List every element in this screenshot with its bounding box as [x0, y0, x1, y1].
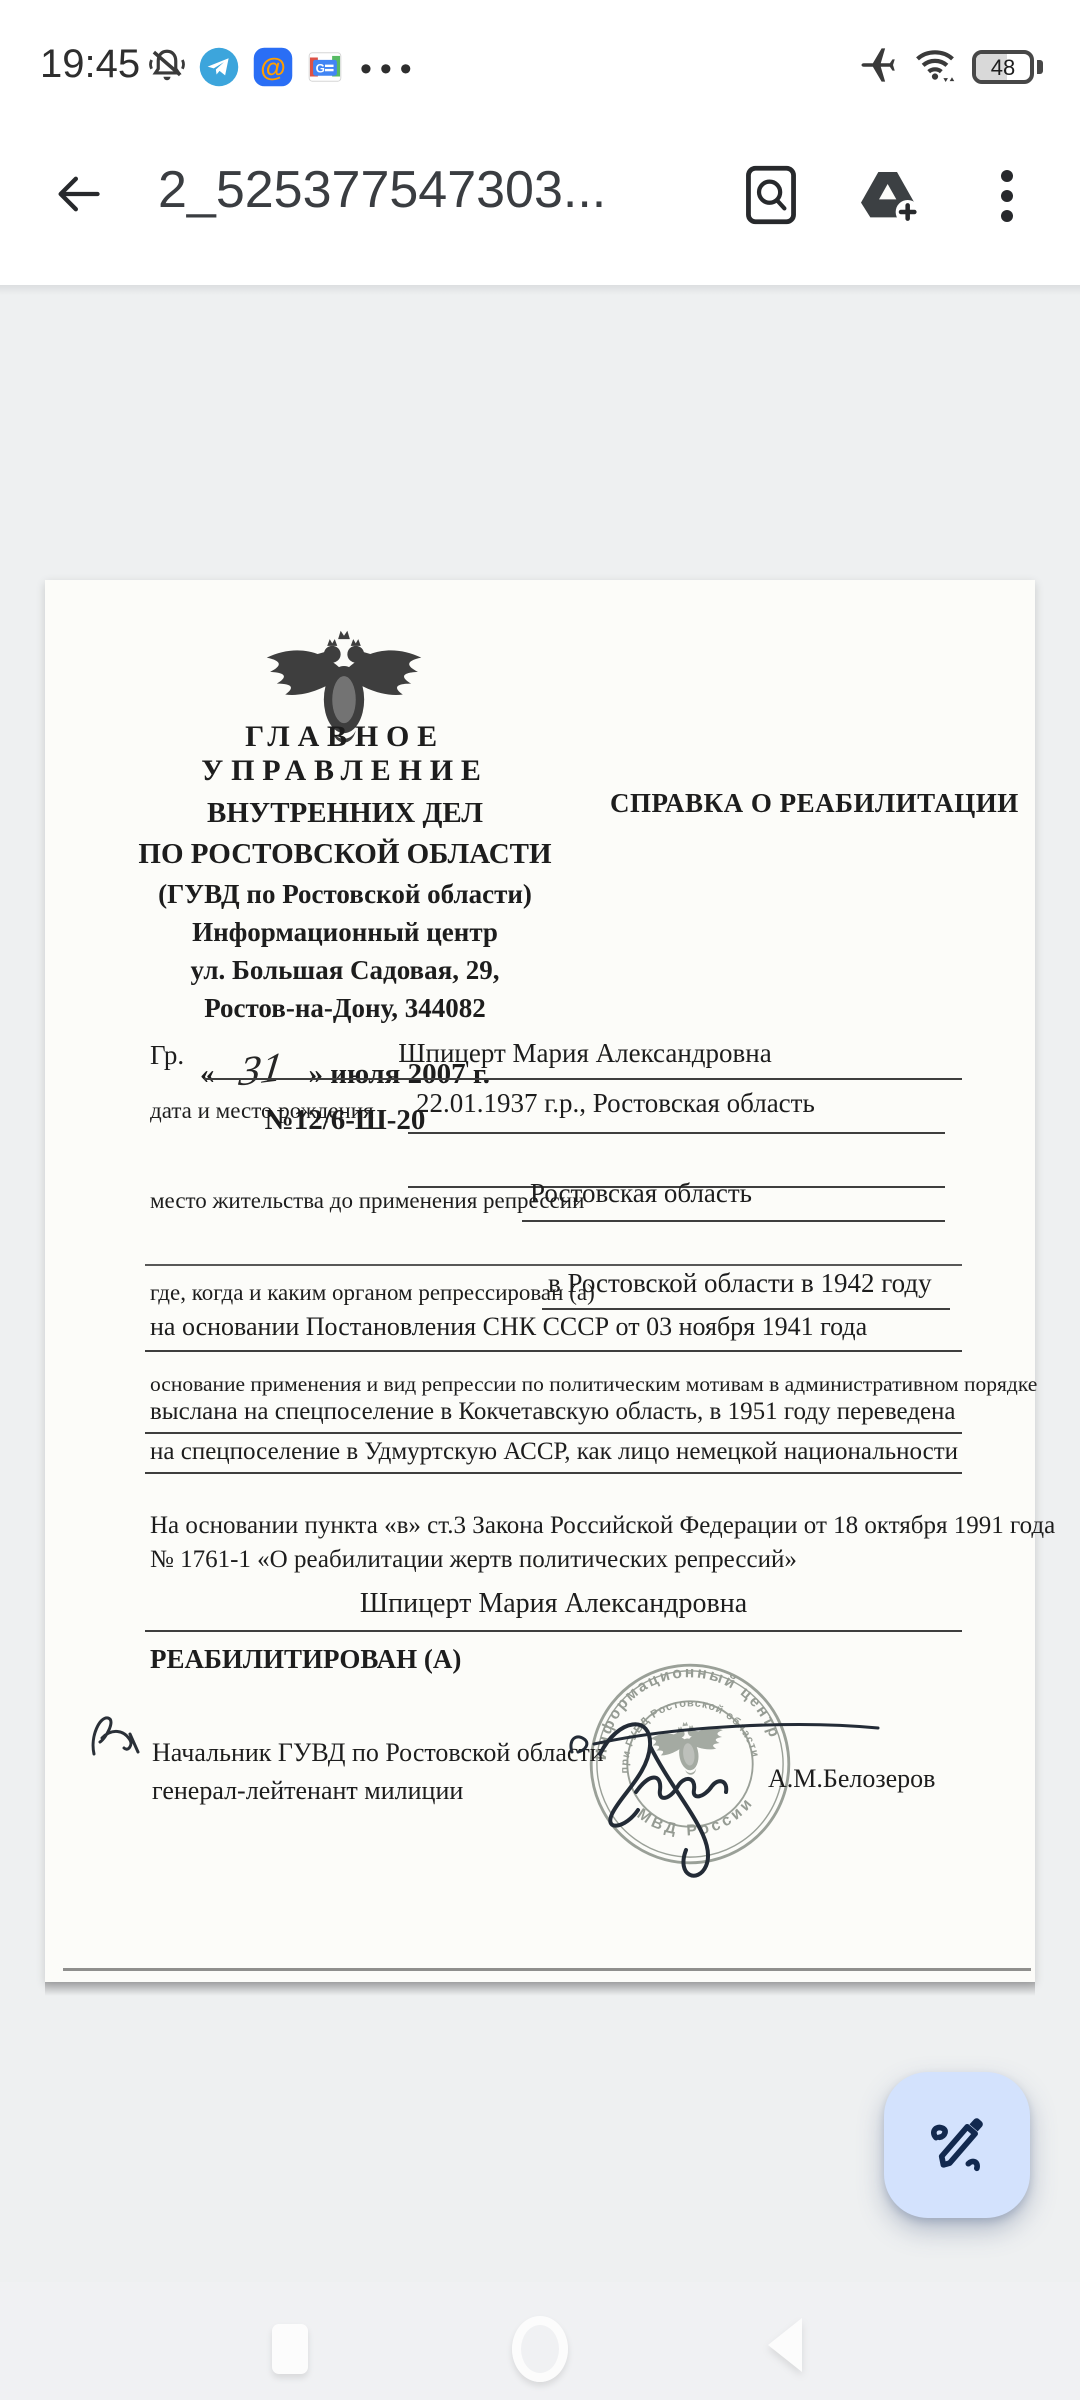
field-underline — [145, 1350, 962, 1352]
basis-label: основание применения и вид репрессии по … — [150, 1372, 1037, 1397]
letterhead-line: ВНУТРЕННИХ ДЕЛ — [112, 797, 578, 830]
letterhead-line: Информационный центр — [112, 917, 578, 948]
residence-value: Ростовская область — [530, 1178, 752, 1209]
status-time: 19:45 — [40, 42, 140, 87]
confirmed-name: Шпицерт Мария Александровна — [145, 1588, 962, 1620]
svg-text:@: @ — [260, 52, 286, 82]
handwritten-mark — [86, 1708, 156, 1770]
letterhead-line: Ростов-на-Дону, 344082 — [112, 993, 578, 1024]
letterhead-line: ПО РОСТОВСКОЙ ОБЛАСТИ — [112, 838, 578, 871]
repression-label: где, когда и каким органом репрессирован… — [150, 1280, 595, 1306]
wifi-icon — [914, 44, 956, 86]
gr-label: Гр. — [150, 1040, 184, 1071]
battery-percent: 48 — [976, 55, 1030, 81]
repression-value-2: на основании Постановления СНК СССР от 0… — [150, 1312, 867, 1342]
field-underline — [542, 1308, 950, 1310]
law-line-2: № 1761-1 «О реабилитации жертв политичес… — [150, 1546, 797, 1574]
official-post-2: генерал-лейтенант милиции — [152, 1776, 463, 1806]
field-underline — [145, 1472, 962, 1474]
basis-line-1: выслана на спецпоселение в Кокчетавскую … — [150, 1398, 956, 1426]
notifications-muted-icon — [146, 46, 188, 88]
page-bottom-shadow — [45, 1982, 1035, 1996]
back-arrow-icon[interactable] — [52, 168, 104, 220]
residence-label: место жительства до применения репрессии — [150, 1188, 584, 1214]
annotate-pen-icon — [923, 2111, 991, 2179]
field-underline — [408, 1132, 945, 1134]
letterhead-line: ул. Большая Садовая, 29, — [112, 955, 578, 986]
find-in-document-icon[interactable] — [742, 164, 800, 226]
gr-value: Шпицерт Мария Александровна — [210, 1038, 960, 1069]
field-underline — [145, 1432, 962, 1434]
svg-text:G: G — [316, 61, 325, 75]
appbar-shadow — [0, 285, 1080, 295]
more-notifications-icon: ••• — [360, 50, 420, 89]
annotate-fab-button[interactable] — [884, 2072, 1030, 2218]
recents-square-icon[interactable] — [272, 2324, 308, 2374]
back-triangle-icon[interactable] — [764, 2316, 806, 2374]
law-line-1: На основании пункта «в» ст.3 Закона Росс… — [150, 1512, 1055, 1540]
letterhead: ГЛАВНОЕ УПРАВЛЕНИЕ ВНУТРЕННИХ ДЕЛ ПО РОС… — [112, 720, 578, 1137]
home-circle-icon[interactable] — [512, 2316, 568, 2382]
official-post-1: Начальник ГУВД по Ростовской области — [152, 1738, 604, 1768]
basis-line-2: на спецпоселение в Удмуртскую АССР, как … — [150, 1438, 958, 1466]
telegram-icon — [198, 46, 240, 88]
certificate-title: СПРАВКА О РЕАБИЛИТАЦИИ — [610, 788, 1019, 819]
field-underline — [522, 1220, 945, 1222]
google-news-icon: G — [306, 48, 344, 86]
page-bottom-edge — [63, 1968, 1031, 1971]
signature-stroke — [566, 1686, 886, 1886]
overflow-menu-icon[interactable] — [994, 168, 1020, 224]
birth-label: дата и место рождения — [150, 1098, 374, 1124]
airplane-mode-icon — [858, 44, 900, 86]
birth-value: 22.01.1937 г.р., Ростовская область — [416, 1088, 815, 1119]
file-title: 2_525377547303... — [158, 160, 606, 220]
add-to-drive-icon[interactable] — [858, 168, 920, 224]
letterhead-line: (ГУВД по Ростовской области) — [112, 879, 578, 910]
field-underline — [145, 1630, 962, 1632]
battery-nub — [1037, 60, 1043, 74]
field-underline — [204, 1078, 962, 1080]
mailru-icon: @ — [252, 46, 294, 88]
phone-screen: 19:45 @ G ••• 48 — [0, 0, 1080, 2400]
rehabilitated-label: РЕАБИЛИТИРОВАН (А) — [150, 1644, 461, 1675]
battery-icon: 48 — [972, 50, 1034, 84]
field-underline — [145, 1264, 962, 1266]
repression-value: в Ростовской области в 1942 году — [548, 1268, 932, 1299]
letterhead-line: ГЛАВНОЕ УПРАВЛЕНИЕ — [112, 720, 578, 788]
